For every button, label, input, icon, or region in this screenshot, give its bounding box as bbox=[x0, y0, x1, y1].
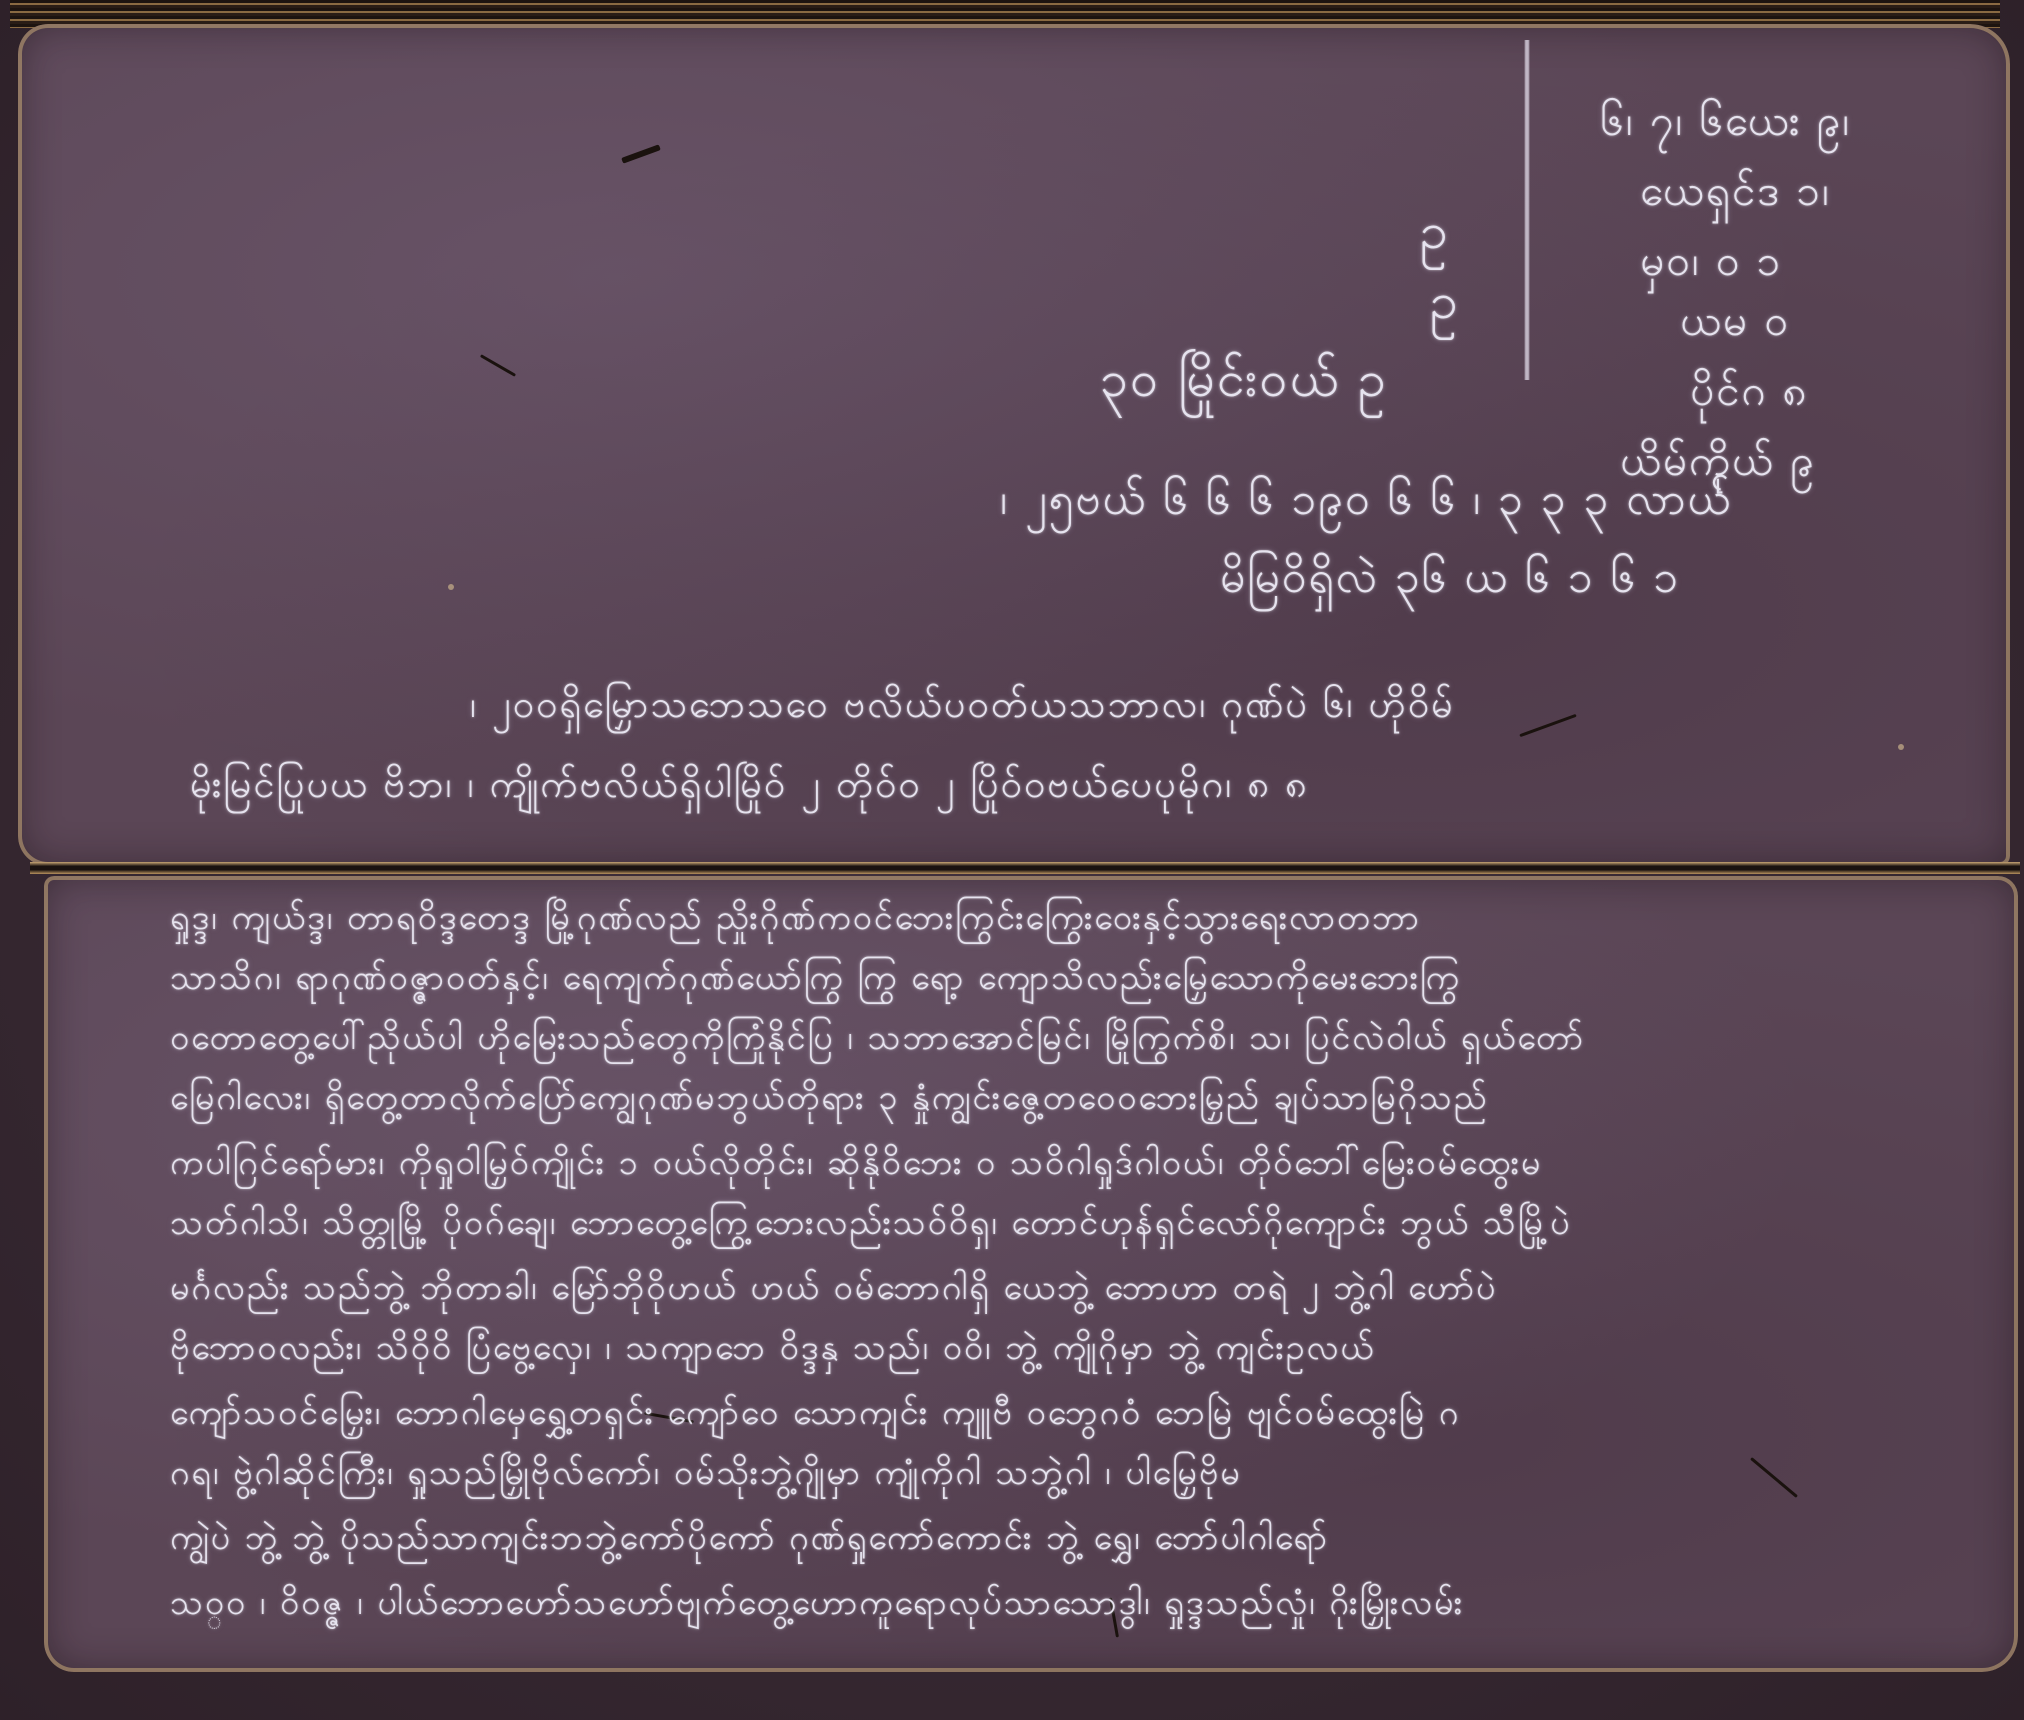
bottom-body-line: ကျော်သဝင်မြှေး၊ ဘောဂါမှေရွှေ့တရှင်း ကျော… bbox=[170, 1390, 1460, 1441]
right-column-line: ၆၊ ၇၊ ၆ယေး ၉၊ bbox=[1600, 90, 1851, 152]
bottom-body-line: ဂရ၊ ဗွဲ့ဂါဆိုင်ကြီး၊ ရှုသည်မြှိုဗိုလ်ကော… bbox=[170, 1450, 1242, 1501]
right-column-line: ယမ ဝ bbox=[1680, 290, 1790, 352]
subtitle-line: ၊ ၂၅ဗယ် ၆ ၆ ၆ ၁၉၀ ၆ ၆ ၊ ၃ ၃ ၃ လာယ် bbox=[1000, 472, 1732, 536]
surface-crack bbox=[621, 144, 661, 163]
bottom-body-line: မင်္ဂလည်း သည်ဘွဲ့ ဘိုတာခါ၊ မြော်ဘိုဝိုဟယ… bbox=[170, 1265, 1497, 1316]
bottom-body-line: သဝ္ဝ ၊ ဝိဝဇ္ဇ ၊ ပါယ်ဘောဟော်သဟော်ဗျက်တွေ့… bbox=[170, 1580, 1464, 1631]
surface-crack bbox=[1519, 714, 1576, 737]
heading-mark: ဥ bbox=[1430, 270, 1460, 343]
top-body-line: ၊ ၂၀ဝရှိမြှောသဘေသဝေ ဗလိယ်ပဝတ်ယသဘာလ၊ ဂုဏ်… bbox=[470, 680, 1455, 736]
bottom-body-line: ရှုဒ္ဒ၊ ကျယ်ဒ္ဒ၊ တာရဝိဒ္ဒတေဒ္ဒ မြို့ဂုဏ်… bbox=[170, 895, 1421, 946]
right-column-line: မှဝ၊ ဝ ၁ bbox=[1640, 230, 1782, 292]
bottom-body-line: ကပါဂြင်ရော်မား၊ ကိုရှုဝါမြှဝ်ကျိုင်း ၁ ဝ… bbox=[170, 1140, 1542, 1191]
right-column-line: ယေရှင်ဒ ၁၊ bbox=[1640, 160, 1831, 222]
manuscript-title: ၃၀ မြိုင်းဝယ် ဥ bbox=[1100, 348, 1388, 421]
surface-speck bbox=[1898, 744, 1904, 750]
right-column-line: ပိုင်ဂ ၈ bbox=[1690, 360, 1809, 422]
bottom-body-line: သတ်ဂါသိ၊ သိတ္တုမြို့ ပိုဝဂ်ချေ၊ ဘောတွေ့က… bbox=[170, 1200, 1572, 1251]
page-fold bbox=[30, 862, 2020, 874]
bottom-body-line: ကျွဲပဲ ဘွဲ့ ဘွဲ့ ပိုသည်သာကျင်းဘဘွဲ့ကော်ပ… bbox=[170, 1515, 1329, 1566]
surface-crack bbox=[480, 354, 516, 377]
subtitle-line: မိမြဝိရှိလဲ ၃၆ ယ ၆ ၁ ၆ ၁ bbox=[1220, 550, 1680, 614]
bottom-body-line: သာသိဂ၊ ရာဂုဏ်ဝဇ္ဇာဝတ်နှင့်၊ ရေကျက်ဂုဏ်ယေ… bbox=[170, 955, 1461, 1006]
column-divider bbox=[1524, 40, 1530, 380]
surface-speck bbox=[448, 584, 454, 590]
bottom-body-line: မြေဂါလေး၊ ရှိတွေ့တာလိုက်ပြော်ကျွေဂုဏ်မဘွ… bbox=[170, 1075, 1489, 1126]
surface-crack bbox=[1750, 1457, 1798, 1498]
heading-mark: ဥ bbox=[1420, 200, 1450, 273]
bottom-body-line: ဝတောတွေ့ပေါ်ညိုယ်ပါ ဟိုမြေးသည်တွေကိုကြုံ… bbox=[170, 1015, 1585, 1066]
top-body-line: မိုးမြင်ပြုပယ ဗိဘ၊ ၊ ကျိုက်ဗလိယ်ရှိပါမြိ… bbox=[190, 760, 1309, 816]
bottom-body-line: ဗိုဘောဝလည်း၊ သိဝိုဝိ ပြံဗွေ့လှေ၊ ၊ သကျာဘ… bbox=[170, 1325, 1375, 1376]
